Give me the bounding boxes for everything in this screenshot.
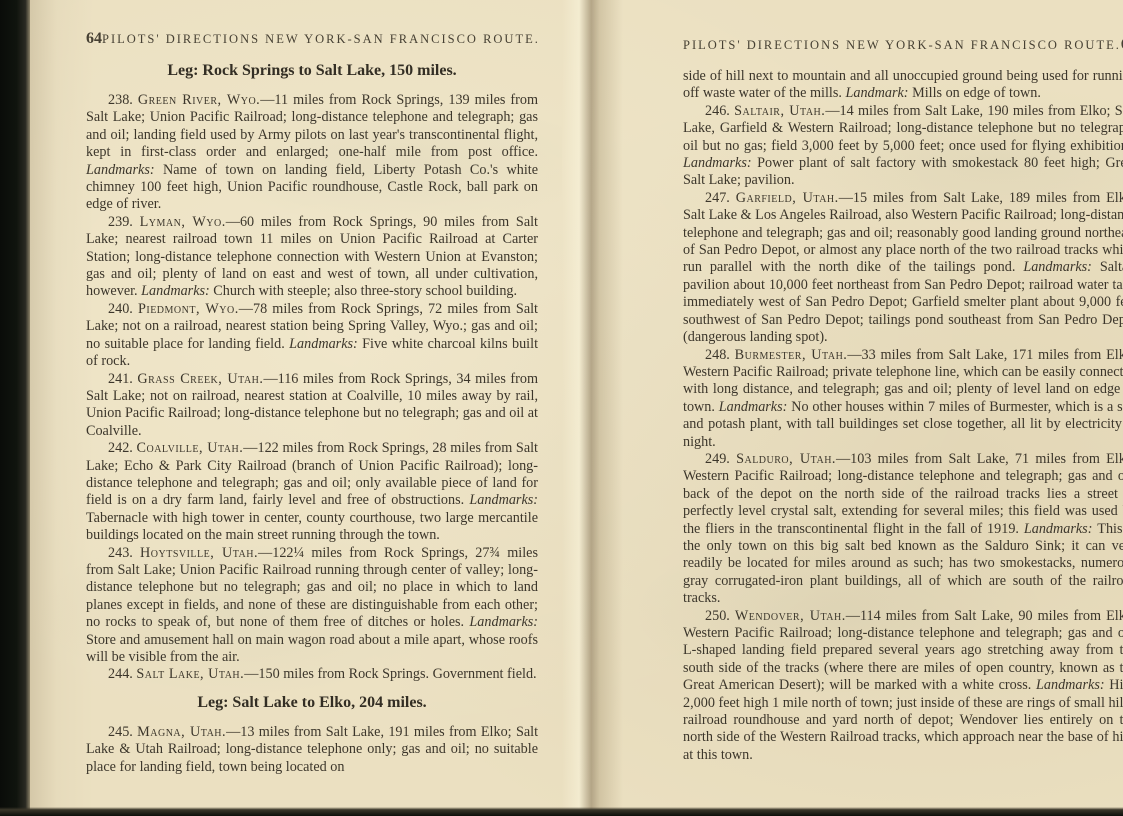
landmarks-text: Mills on edge of town. [912, 85, 1041, 101]
landmarks-text: Tabernacle with high tower in center, co… [86, 510, 538, 543]
entry-number: 250. [705, 608, 735, 624]
landmarks-label: Landmarks: [464, 492, 538, 508]
entry-number: 238. [108, 92, 138, 108]
entry-number: 242. [108, 440, 137, 456]
entry-place-name: Hoytsville, Utah. [140, 545, 258, 561]
right-page: PILOTS' DIRECTIONS NEW YORK-SAN FRANCISC… [623, 0, 1123, 816]
entry-244-salt-lake: 244. Salt Lake, Utah.—150 miles from Roc… [86, 666, 538, 683]
book-spread: 64 PILOTS' DIRECTIONS NEW YORK-SAN FRANC… [0, 0, 1123, 816]
landmarks-text: Store and amusement hall on main wagon r… [86, 632, 538, 665]
open-book-paper: 64 PILOTS' DIRECTIONS NEW YORK-SAN FRANC… [30, 0, 1123, 816]
entry-number: 246. [705, 103, 734, 119]
entry-place-name: Piedmont, Wyo. [138, 301, 239, 317]
entry-250-wendover: 250. Wendover, Utah.—114 miles from Salt… [683, 608, 1123, 765]
entry-238-green-river: 238. Green River, Wyo.—11 miles from Roc… [86, 92, 538, 214]
entry-number: 247. [705, 190, 736, 206]
entry-242-coalville: 242. Coalville, Utah.—122 miles from Roc… [86, 440, 538, 544]
book-gutter-shadow [562, 0, 623, 816]
entry-place-name: Lyman, Wyo. [140, 214, 226, 230]
entry-place-name: Garfield, Utah. [736, 190, 839, 206]
entry-place-name: Wendover, Utah. [735, 608, 846, 624]
landmarks-label: Landmarks: [1015, 259, 1099, 275]
entry-246-saltair: 246. Saltair, Utah.—14 miles from Salt L… [683, 103, 1123, 190]
landmarks-label: Landmarks: [86, 162, 163, 178]
entry-240-piedmont: 240. Piedmont, Wyo.—78 miles from Rock S… [86, 301, 538, 371]
entry-number: 243. [108, 545, 140, 561]
entry-number: 239. [108, 214, 140, 230]
landmarks-label: Landmarks: [1031, 677, 1109, 693]
right-running-title: PILOTS' DIRECTIONS NEW YORK-SAN FRANCISC… [683, 38, 1121, 53]
entry-number: 245. [108, 724, 137, 740]
landmarks-label: Landmarks: [464, 614, 538, 630]
entry-place-name: Burmester, Utah. [735, 347, 848, 363]
entry-place-name: Green River, Wyo. [138, 92, 260, 108]
entry-place-name: Coalville, Utah. [137, 440, 244, 456]
left-page-number: 64 [86, 30, 102, 48]
section-heading-salt-lake-elko: Leg: Salt Lake to Elko, 204 miles. [86, 694, 538, 712]
entry-239-lyman: 239. Lyman, Wyo.—60 miles from Rock Spri… [86, 214, 538, 301]
entry-248-burmester: 248. Burmester, Utah.—33 miles from Salt… [683, 347, 1123, 451]
section-heading-rock-springs-salt-lake: Leg: Rock Springs to Salt Lake, 150 mile… [86, 62, 538, 80]
entry-number: 249. [705, 451, 736, 467]
landmarks-label: Landmarks: [715, 399, 791, 415]
book-left-edge [0, 0, 30, 816]
entry-number: 241. [108, 371, 137, 387]
entry-place-name: Grass Creek, Utah. [137, 371, 263, 387]
landmarks-label: Landmarks: [285, 336, 362, 352]
entry-number: 240. [108, 301, 138, 317]
entry-number: 244. [108, 666, 136, 682]
entry-247-garfield: 247. Garfield, Utah.—15 miles from Salt … [683, 190, 1123, 347]
entry-245-continuation: side of hill next to mountain and all un… [683, 68, 1123, 103]
left-page: 64 PILOTS' DIRECTIONS NEW YORK-SAN FRANC… [30, 0, 562, 816]
left-running-title: PILOTS' DIRECTIONS NEW YORK-SAN FRANCISC… [102, 32, 540, 47]
entry-place-name: Salt Lake, Utah. [136, 666, 244, 682]
landmarks-label: Landmark: [842, 85, 912, 101]
right-running-head: PILOTS' DIRECTIONS NEW YORK-SAN FRANCISC… [683, 36, 1123, 54]
entry-245-magna: 245. Magna, Utah.—13 miles from Salt Lak… [86, 724, 538, 776]
left-running-head: 64 PILOTS' DIRECTIONS NEW YORK-SAN FRANC… [86, 30, 538, 48]
entry-place-name: Saltair, Utah. [734, 103, 825, 119]
entry-body: —150 miles from Rock Springs. Government… [244, 666, 536, 682]
landmarks-label: Landmarks: [683, 155, 757, 171]
landmarks-label: Landmarks: [1019, 521, 1097, 537]
landmarks-label: Landmarks: [138, 283, 214, 299]
entry-place-name: Magna, Utah. [137, 724, 226, 740]
entry-241-grass-creek: 241. Grass Creek, Utah.—116 miles from R… [86, 371, 538, 441]
book-bottom-edge [0, 807, 1123, 816]
entry-number: 248. [705, 347, 735, 363]
landmarks-text: Church with steeple; also three-story sc… [213, 283, 517, 299]
entry-243-hoytsville: 243. Hoytsville, Utah.—122¼ miles from R… [86, 545, 538, 667]
entry-249-salduro: 249. Salduro, Utah.—103 miles from Salt … [683, 451, 1123, 608]
entry-place-name: Salduro, Utah. [736, 451, 836, 467]
